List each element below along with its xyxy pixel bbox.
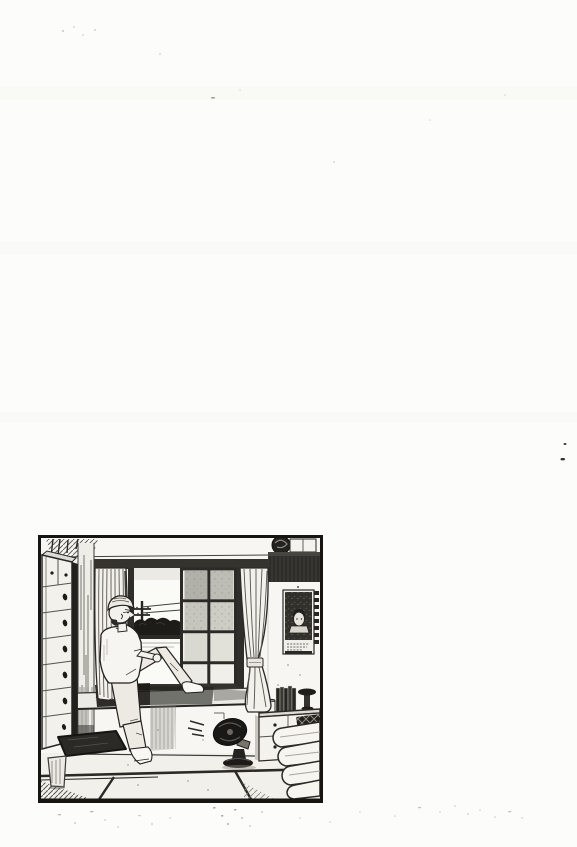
dark-trees xyxy=(134,618,181,636)
wall-shelf xyxy=(268,536,320,582)
hand xyxy=(153,654,161,662)
tshirt xyxy=(100,625,142,683)
neck xyxy=(118,623,127,632)
open-window-rail xyxy=(134,635,181,639)
push-pin xyxy=(297,586,299,588)
wastebasket xyxy=(48,756,66,790)
window-glass-pane xyxy=(181,568,237,686)
scanned-page xyxy=(0,0,577,847)
helmet xyxy=(272,536,290,554)
wall-post xyxy=(78,543,94,755)
page-scan-art xyxy=(0,0,577,847)
poster xyxy=(283,586,314,654)
chest-of-drawers xyxy=(42,551,78,749)
manga-panel xyxy=(40,536,322,802)
chest-side-shadow xyxy=(72,562,78,745)
